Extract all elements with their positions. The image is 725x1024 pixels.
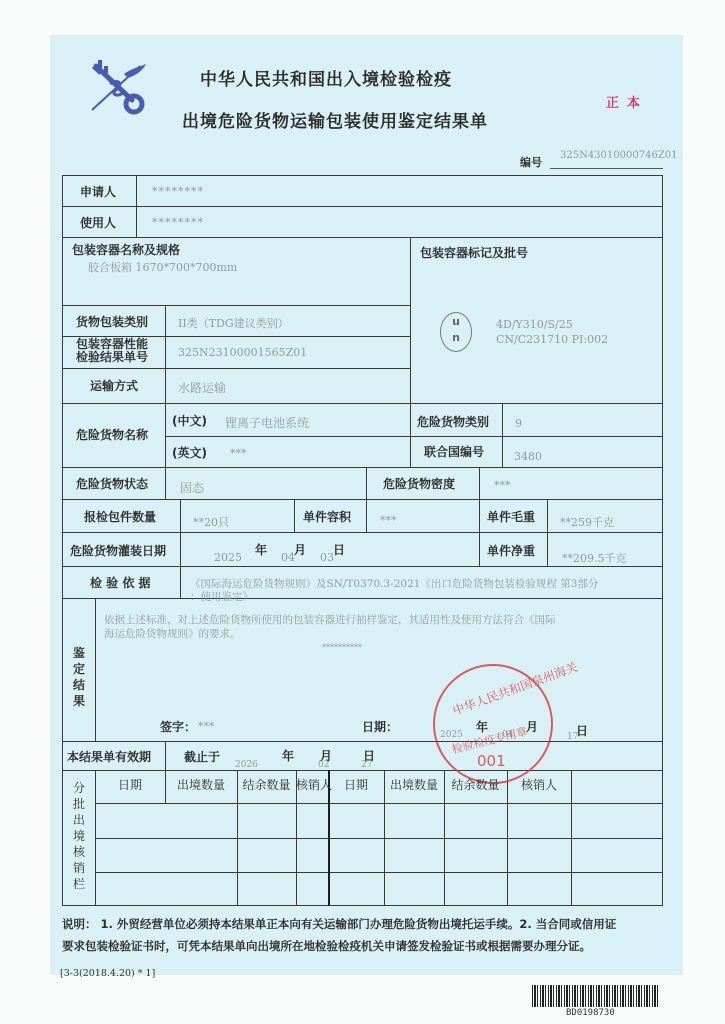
fill-date-year: 2025: [214, 551, 242, 564]
form-code: [3-3(2018.4.20) * 1]: [60, 968, 155, 979]
dg-state-label: 危险货物状态: [76, 475, 148, 492]
dg-state-value: 固态: [180, 479, 204, 496]
container-mark-line2: CN/C231710 PI:002: [496, 333, 608, 346]
seal-code: 001: [477, 752, 506, 770]
goods-name-label: 危险货物名称: [76, 426, 148, 443]
validity-year-label: 年: [282, 747, 294, 764]
dg-density-value: ***: [494, 479, 511, 492]
dg-density-label: 危险货物密度: [383, 475, 455, 492]
result-label: 鉴定结果: [72, 645, 86, 709]
transport-label: 运输方式: [90, 377, 138, 394]
barcode: [532, 985, 660, 1007]
net-weight-label: 单件净重: [487, 542, 535, 559]
day-label: 日: [333, 541, 345, 558]
user-value: ********: [152, 216, 204, 229]
result-day-label: 日: [576, 722, 588, 739]
fill-date-day: 03: [320, 551, 334, 564]
result-text-line1: 依据上述标准，对上述危险货物所使用的包装容器进行抽样鉴定，其适用性及使用方法符合…: [104, 612, 556, 627]
packing-category-value: II类（TDG建议类别）: [178, 315, 289, 331]
barcode-text: BD0198730: [566, 1008, 615, 1018]
title-line1: 中华人民共和国出入境检验检疫: [200, 65, 452, 90]
certificate-number: 325N43010000746Z01: [560, 150, 678, 161]
basis-value-line2: ：使用鉴定》: [190, 589, 253, 604]
applicant-value: ********: [152, 185, 204, 198]
batch-column-header: 核销人: [296, 776, 328, 793]
batch-column-header: 结余数量: [237, 776, 296, 793]
un-number-label: 联合国编号: [424, 443, 484, 460]
package-qty-value: **20只: [193, 514, 229, 530]
validity-year: 2026: [235, 760, 258, 770]
batch-label: 分批出境核销栏: [72, 780, 86, 892]
dg-class-value: 9: [515, 417, 522, 430]
batch-column-header: 核销人: [507, 776, 571, 793]
result-stars: **********: [322, 643, 362, 652]
validity-month-label: 月: [320, 747, 332, 764]
basis-label: 检 验 依 据: [90, 574, 151, 591]
dg-class-label: 危险货物类别: [417, 413, 489, 430]
packing-category-label: 货物包装类别: [76, 313, 148, 330]
fill-date-label: 危险货物灌装日期: [70, 542, 166, 559]
notes-line2: 要求包装检验证书时，可凭本结果单向出境所在地检验检疫机关申请签发检验证书或根据需…: [62, 938, 591, 954]
number-label: 编号: [520, 154, 542, 170]
sign-value: ***: [198, 720, 215, 733]
container-mark-label: 包装容器标记及批号: [420, 244, 528, 261]
title-line2: 出境危险货物运输包装使用鉴定结果单: [182, 107, 488, 132]
goods-cn-label: (中文): [172, 412, 207, 429]
official-seal: 中华人民共和国泉州海关 检验检疫专用章 001: [433, 664, 553, 784]
result-text-line2: 海运危险货物规则》的要求。: [104, 626, 241, 641]
container-name-value: 胶合板箱 1670*700*700mm: [88, 259, 237, 275]
batch-column-header: 出境数量: [384, 776, 444, 793]
batch-column-header: 出境数量: [165, 776, 237, 793]
container-name-label: 包装容器名称及规格: [72, 241, 180, 258]
unit-volume-value: ***: [380, 514, 397, 527]
copy-type-label: 正本: [606, 92, 648, 111]
container-mark-line1: 4D/Y310/S/25: [496, 318, 573, 331]
goods-cn-value: 锂离子电池系统: [225, 414, 309, 431]
performance-label-2: 检验结果单号: [76, 351, 148, 364]
net-weight-value: **209.5千克: [562, 550, 627, 566]
applicant-label: 申请人: [80, 183, 116, 200]
sign-label: 签字：: [160, 718, 196, 735]
unit-volume-label: 单件容积: [303, 508, 351, 525]
validity-until-label: 截止于: [184, 748, 220, 765]
un-number-value: 3480: [514, 450, 542, 463]
transport-value: 水路运输: [178, 379, 226, 396]
form-table: [62, 175, 663, 906]
goods-en-label: (英文): [172, 444, 207, 461]
month-label: 月: [294, 541, 306, 558]
goods-en-value: ***: [230, 447, 247, 460]
batch-column-header: 日期: [95, 776, 165, 793]
gross-weight-label: 单件毛重: [487, 508, 535, 525]
batch-column-header: 日期: [328, 776, 384, 793]
batch-column-header: 结余数量: [444, 776, 507, 793]
notes-line1: 说明： 1. 外贸经营单位必须持本结果单正本向有关运输部门办理危险货物出境托运手…: [62, 916, 616, 932]
validity-label: 本结果单有效期: [67, 748, 151, 765]
fill-date-month: 04: [281, 551, 295, 564]
performance-result-number: 325N23100001565Z01: [178, 346, 307, 359]
gross-weight-value: **259千克: [560, 514, 614, 530]
year-label: 年: [255, 541, 267, 558]
package-qty-label: 报检包件数量: [84, 508, 156, 525]
user-label: 使用人: [80, 214, 116, 231]
customs-emblem-icon: [88, 58, 150, 116]
result-date-label: 日期：: [362, 718, 398, 735]
un-symbol-icon: u n: [440, 312, 472, 352]
validity-day-label: 日: [363, 747, 375, 764]
